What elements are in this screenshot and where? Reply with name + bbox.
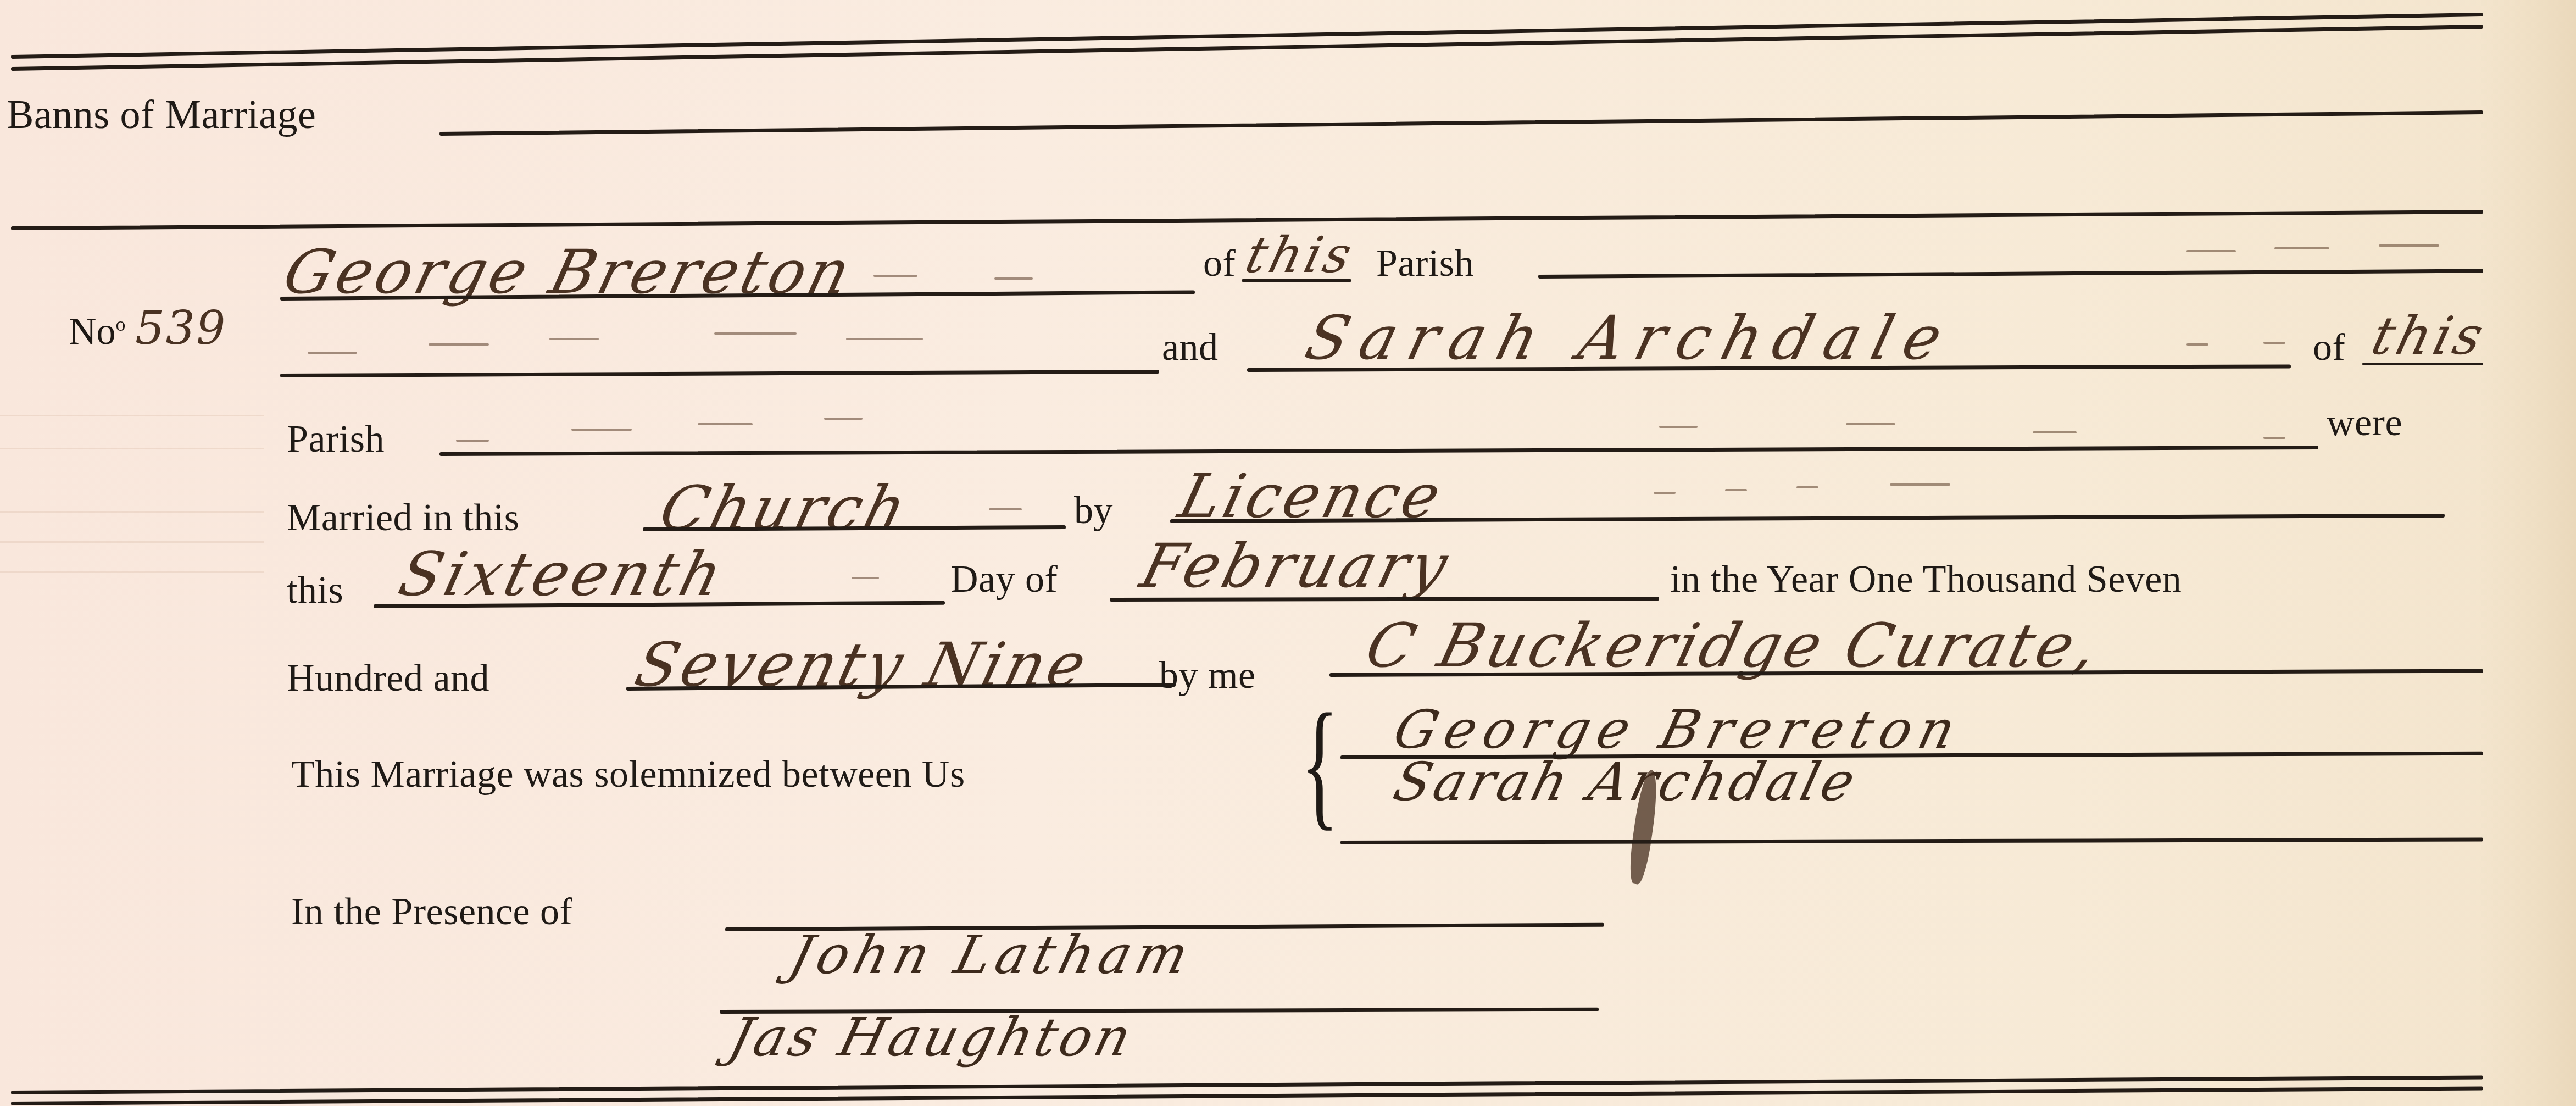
page-edge: [2477, 0, 2576, 1106]
entry-number-value: 539: [135, 301, 226, 355]
filler-dash: [1890, 483, 1950, 486]
bride-of-label: of: [2313, 329, 2345, 367]
filler-dash: [571, 429, 632, 431]
groom-parish-label: Parish: [1376, 244, 1474, 283]
filler-dash: [2274, 247, 2329, 249]
filler-dash: [308, 352, 357, 354]
filler-dash: [1846, 423, 1895, 425]
bride-residence-rule: [2362, 363, 2483, 365]
filler-dash: [2033, 431, 2077, 433]
top-double-rule-upper: [11, 13, 2483, 59]
top-double-rule-lower: [11, 25, 2483, 71]
groom-parish-rule: [1538, 269, 2483, 279]
bleed-through-line: [0, 541, 264, 543]
groom-of-label: of: [1203, 244, 1236, 283]
parish-rule: [439, 446, 2318, 456]
filler-dash: [994, 277, 1033, 280]
year-label-1: in the Year One Thousand Seven: [1670, 560, 2182, 599]
banns-of-marriage-label: Banns of Marriage: [7, 95, 316, 135]
year-label-2: Hundred and: [287, 659, 489, 698]
filler-dash: [989, 508, 1022, 510]
filler-dash: [1654, 492, 1676, 494]
bride-and-label: and: [1162, 329, 1219, 367]
bride-parish-label: Parish: [287, 420, 385, 459]
bleed-through-line: [0, 511, 264, 513]
this-label: this: [287, 571, 343, 610]
were-label: were: [2327, 404, 2402, 442]
section-rule: [11, 210, 2483, 230]
filler-dash: [846, 338, 923, 340]
bleed-through-line: [0, 415, 264, 416]
banns-rule: [439, 110, 2483, 136]
filler-dash: [698, 423, 753, 425]
filler-dash: [2263, 437, 2285, 439]
month-rule: [1110, 597, 1659, 602]
by-label: by: [1074, 492, 1113, 530]
filler-dash: [2186, 250, 2236, 252]
filler-dash: [824, 418, 863, 420]
day-of-label: Day of: [950, 560, 1058, 599]
by-me-label: by me: [1159, 657, 1256, 695]
solemnized-label: This Marriage was solemnized between Us: [291, 755, 965, 794]
bride-residence: this: [2367, 310, 2491, 363]
entry-number: Noo 539: [69, 305, 226, 351]
marriage-day: Sixteenth: [393, 544, 731, 604]
entry-number-prefix: No: [69, 310, 116, 353]
filler-dash: [456, 440, 489, 442]
presence-label: In the Presence of: [291, 893, 572, 931]
bleed-through-line: [0, 448, 264, 449]
groom-residence-rule: [1242, 279, 1351, 282]
filler-dash: [1725, 489, 1747, 491]
filler-dash: [714, 332, 797, 335]
officiant-signature: C Buckeridge Curate,: [1360, 615, 2106, 676]
filler-dash: [852, 577, 879, 579]
bride-pre-rule: [280, 370, 1159, 377]
filler-dash: [1796, 486, 1818, 488]
filler-dash: [873, 275, 917, 277]
filler-dash: [2379, 244, 2439, 247]
filler-dash: [2186, 343, 2208, 346]
filler-dash: [549, 338, 599, 340]
filler-dash: [429, 343, 489, 346]
filler-dash: [2263, 342, 2285, 344]
witness-1-signature: John Latham: [785, 929, 1199, 981]
bride-signature-rule: [1340, 838, 2483, 844]
bleed-through-line: [0, 571, 264, 573]
bride-name: Sarah Archdale: [1300, 308, 1960, 368]
groom-residence: this: [1241, 231, 1360, 280]
signature-brace: {: [1301, 692, 1339, 835]
married-in-label: Married in this: [287, 499, 520, 537]
marriage-authority: Licence: [1173, 466, 1449, 526]
filler-dash: [1659, 426, 1698, 428]
groom-signature: George Brereton: [1389, 703, 1968, 756]
witness-2-signature: Jas Haughton: [724, 1011, 1139, 1064]
register-page: Banns of Marriage Noo 539 George Brereto…: [0, 0, 2576, 1106]
marriage-month: February: [1135, 536, 1456, 596]
bride-signature: Sarah Archdale: [1389, 755, 1863, 808]
